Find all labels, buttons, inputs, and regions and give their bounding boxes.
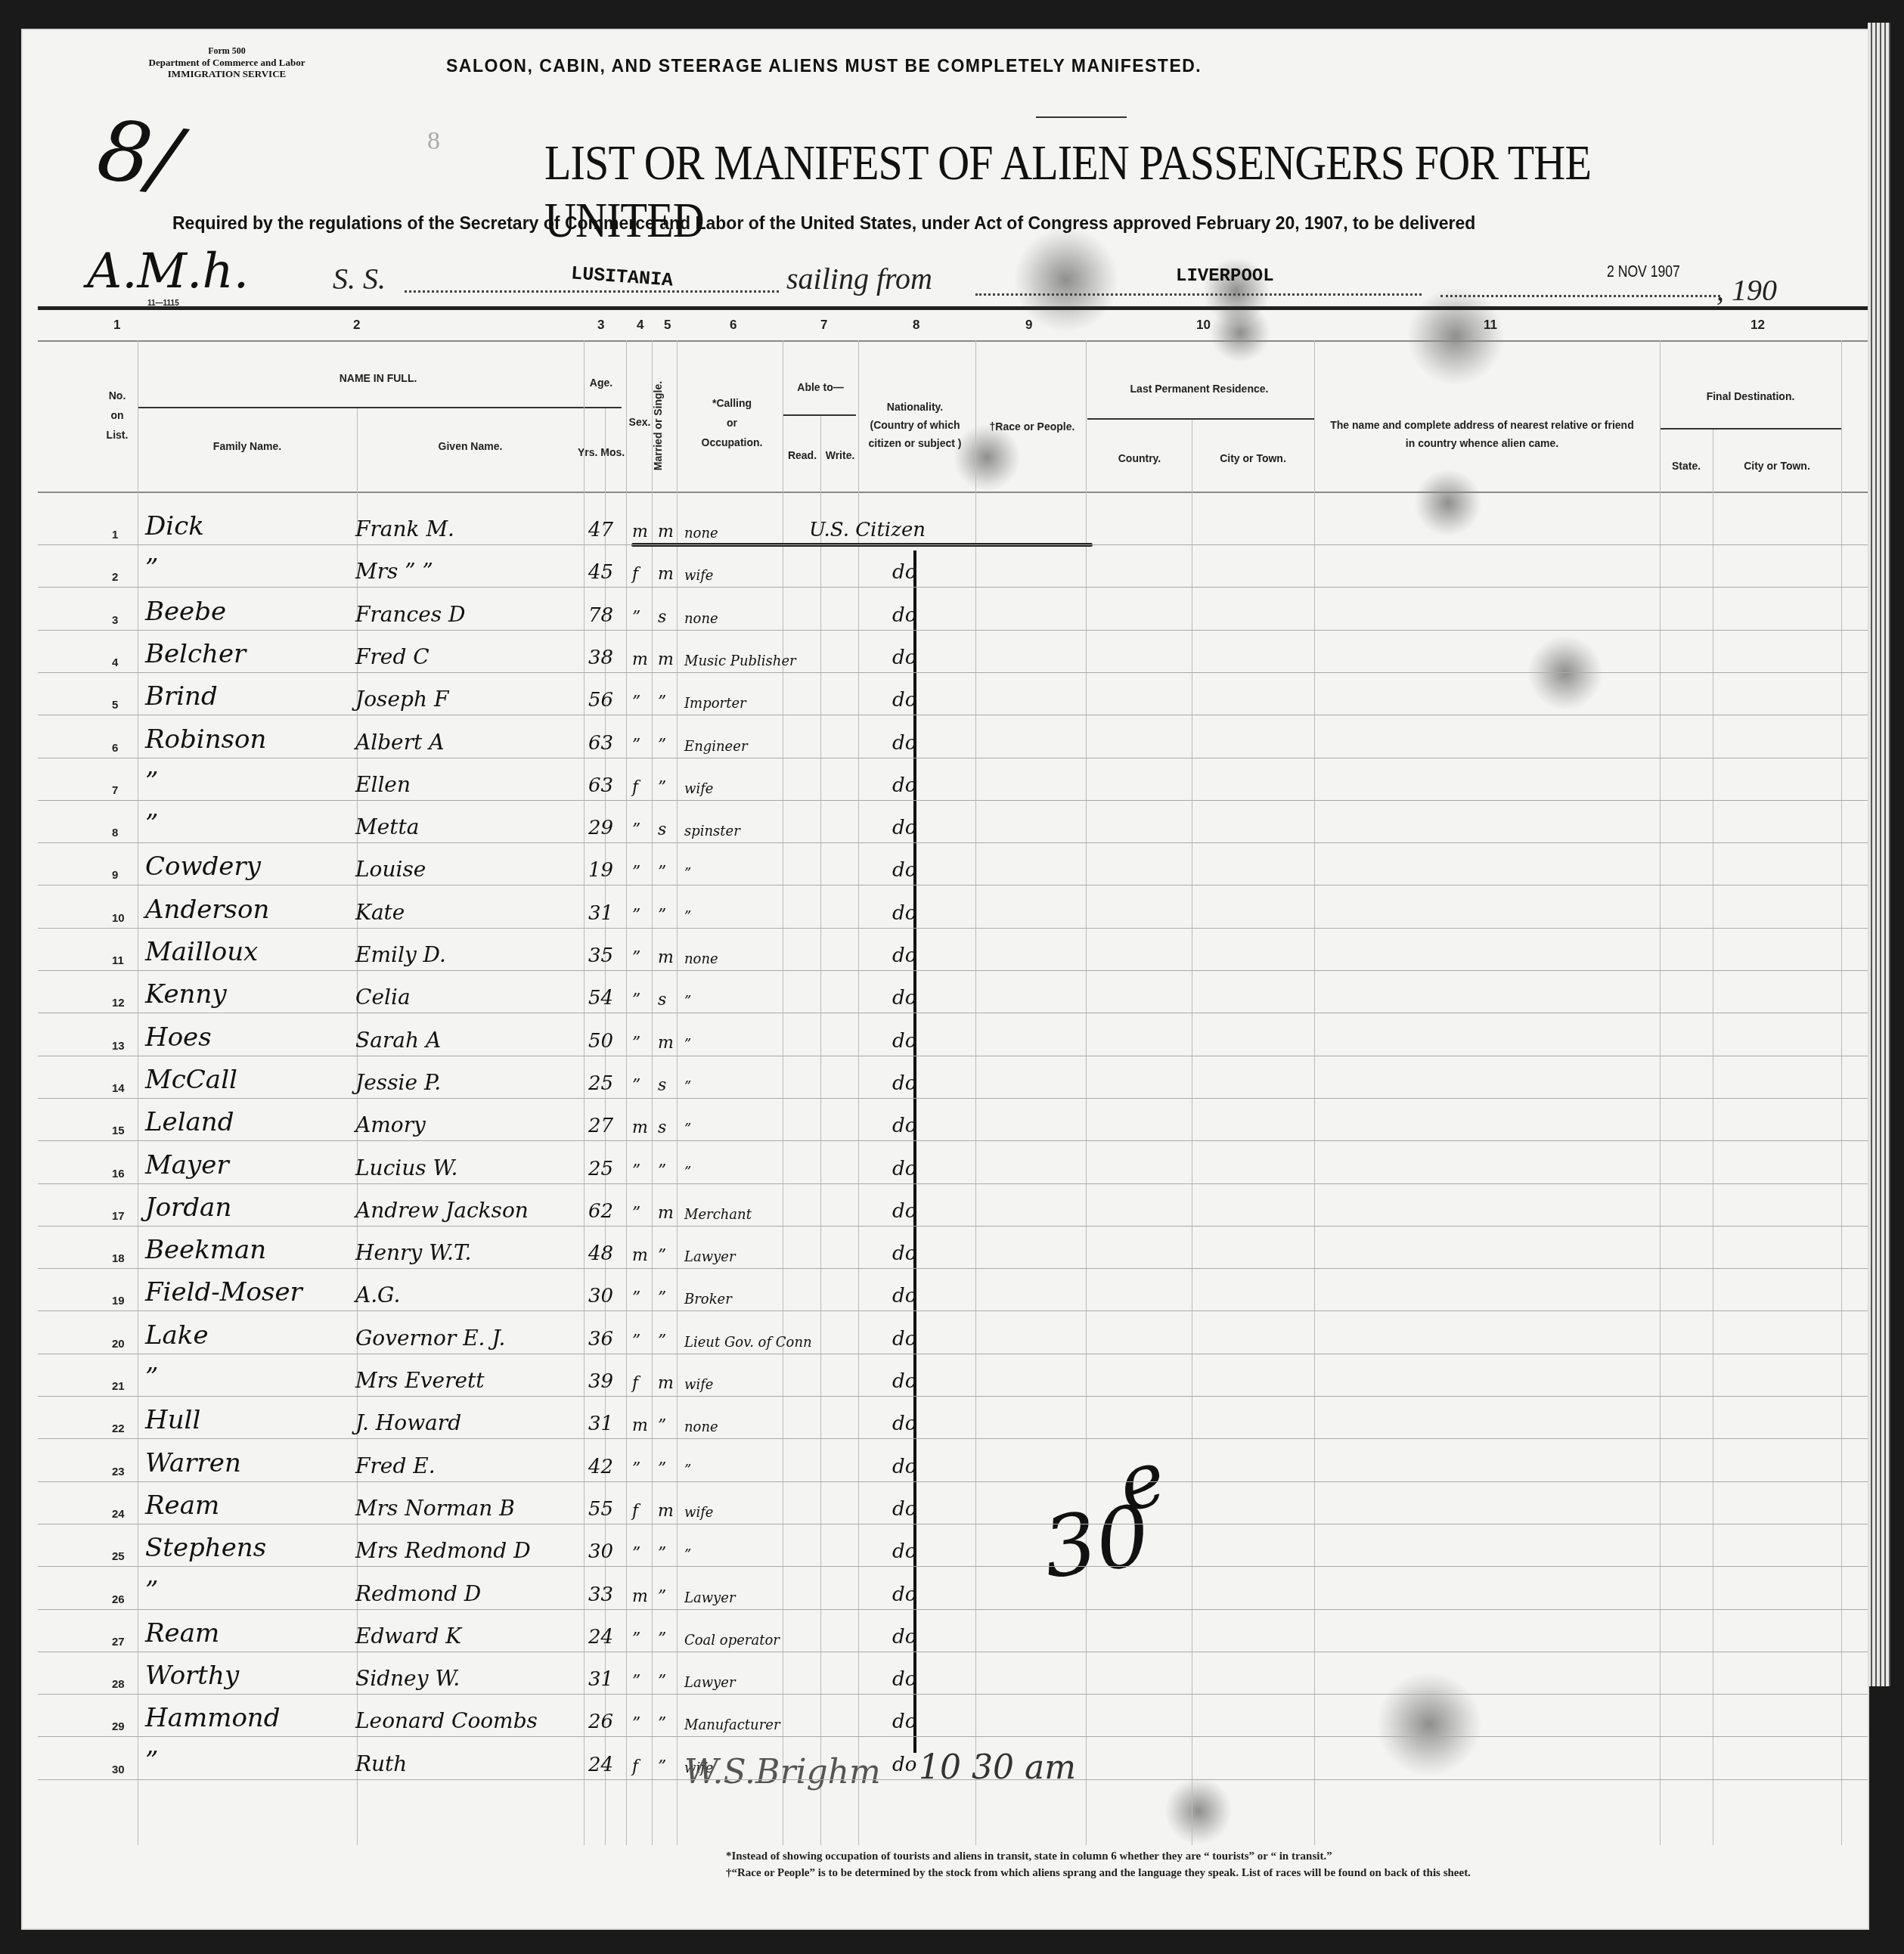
row-number: 22 (112, 1422, 125, 1435)
table-row: 8 ” Metta 29 ” s spinster do (83, 802, 1822, 844)
occupation: ” (684, 1121, 691, 1137)
family-name: Hoes (145, 1022, 212, 1053)
sex: m (632, 523, 648, 541)
header-rule (38, 306, 1868, 310)
row-number: 19 (112, 1295, 125, 1307)
age: 45 (588, 561, 613, 584)
sex: m (632, 1246, 648, 1265)
hdr-no: No. (98, 386, 136, 405)
occupation: wife (684, 1377, 713, 1393)
table-row: 6 Robinson Albert A 63 ” ” Engineer do (83, 717, 1822, 759)
row-rule (38, 1481, 1868, 1482)
stain (1210, 302, 1270, 363)
marital-status: ” (658, 1416, 666, 1435)
marital-status: m (658, 523, 674, 541)
col-num-8: 8 (913, 318, 919, 333)
sex: ” (632, 1630, 640, 1648)
marital-status: ” (658, 1544, 666, 1563)
manifest-banner: SALOON, CABIN, AND STEERAGE ALIENS MUST … (446, 56, 1202, 76)
hdr-country-of-which: (Country of which (858, 416, 972, 434)
sailing-label: sailing from (786, 261, 932, 296)
row-rule (38, 1354, 1868, 1354)
age: 19 (588, 859, 613, 882)
given-name: Mrs Everett (355, 1368, 485, 1393)
col-write: Write. (821, 449, 859, 461)
hdr-on: on (98, 405, 136, 425)
col-name-in-full: NAME IN FULL. (136, 372, 620, 384)
marital-status: m (658, 948, 674, 967)
name-rule (138, 407, 622, 408)
age: 31 (588, 902, 613, 925)
occupation: Importer (684, 696, 746, 712)
row-rule (38, 1310, 1868, 1311)
occupation: ” (684, 1079, 691, 1095)
occupation: ” (684, 994, 691, 1010)
row-number: 11 (112, 954, 124, 967)
given-name: A.G. (355, 1283, 400, 1307)
port-name: LIVERPOOL (1176, 266, 1274, 287)
nationality: do (892, 1158, 916, 1180)
age: 56 (588, 689, 613, 712)
marital-status: ” (658, 863, 666, 882)
family-name: Field-Moser (145, 1277, 302, 1307)
marital-status: ” (658, 693, 666, 712)
colnum-rule (38, 340, 1868, 342)
nationality: do (892, 1583, 916, 1606)
given-name: Henry W.T. (355, 1240, 471, 1265)
row-rule (38, 1438, 1868, 1439)
family-name: Worthy (145, 1661, 239, 1691)
row-number: 17 (112, 1210, 125, 1223)
col-num-7: 7 (820, 318, 827, 333)
col-family-name: Family Name. (138, 440, 357, 452)
marital-status: s (658, 1076, 666, 1095)
marital-status: ” (658, 736, 666, 755)
family-name: Robinson (145, 724, 266, 755)
marital-status: ” (658, 1714, 666, 1733)
given-name: Mrs ” ” (355, 559, 433, 584)
family-name: ” (145, 1746, 158, 1776)
form-identifier: Form 500 Department of Commerce and Labo… (113, 45, 340, 79)
row-number: 26 (112, 1593, 125, 1606)
age: 63 (588, 774, 613, 797)
row-rule (38, 544, 1868, 545)
col-num-3: 3 (597, 318, 604, 333)
table-row: 15 Leland Amory 27 m s ” do (83, 1100, 1822, 1142)
occupation: Engineer (684, 739, 748, 755)
table-row: 7 ” Ellen 63 f ” wife do (83, 759, 1822, 802)
service: IMMIGRATION SERVICE (113, 68, 340, 79)
nationality: do (892, 1030, 916, 1053)
occupation: none (684, 611, 718, 627)
family-name: Jordan (145, 1193, 231, 1223)
occupation: ” (684, 1165, 691, 1180)
table-row: 17 Jordan Andrew Jackson 62 ” m Merchant… (83, 1185, 1822, 1227)
row-number: 1 (112, 529, 118, 541)
inspector-signature: W.S.Brighm (684, 1753, 881, 1791)
age: 31 (588, 1668, 613, 1691)
row-number: 16 (112, 1168, 125, 1180)
marital-status: ” (658, 906, 666, 925)
residence-rule (1087, 418, 1314, 420)
age: 54 (588, 987, 613, 1010)
given-name: Albert A (355, 730, 444, 755)
age: 39 (588, 1370, 613, 1393)
given-name: Edward K (355, 1624, 461, 1648)
family-name: Belcher (145, 639, 246, 669)
family-name: Beebe (145, 597, 226, 627)
occupation: Music Publisher (684, 653, 796, 669)
row-number: 21 (112, 1380, 125, 1393)
col-read: Read. (783, 449, 821, 461)
family-name: Dick (145, 511, 204, 541)
table-row: 22 Hull J. Howard 31 m ” none do (83, 1397, 1822, 1440)
row-number: 12 (112, 997, 125, 1010)
sex: ” (632, 863, 640, 882)
marital-status: ” (658, 1587, 666, 1606)
nationality: do (892, 859, 916, 882)
given-name: Kate (355, 900, 405, 925)
nationality: U.S. Citizen (809, 519, 926, 541)
age: 63 (588, 732, 613, 755)
marital-status: m (658, 1502, 674, 1521)
sex: ” (632, 906, 640, 925)
nationality: do (892, 1413, 916, 1435)
family-name: Anderson (145, 895, 269, 925)
col-race: †Race or People. (975, 420, 1089, 433)
occupation: ” (684, 1037, 691, 1053)
row-rule (38, 1524, 1868, 1524)
sex: ” (632, 948, 640, 967)
row-rule (38, 672, 1868, 673)
hdr-citizen: citizen or subject ) (858, 434, 972, 452)
marital-status: s (658, 820, 666, 839)
date-stamp: 2 NOV 1907 (1607, 262, 1680, 281)
age: 50 (588, 1030, 613, 1053)
port-field-line (975, 293, 1422, 296)
col-no-on-list: No. on List. (98, 386, 136, 445)
table-row: 27 Ream Edward K 24 ” ” Coal operator do (83, 1611, 1822, 1653)
family-name: Cowdery (145, 851, 261, 882)
sex: m (632, 1416, 648, 1435)
age: 33 (588, 1583, 613, 1606)
family-name: Hammond (145, 1703, 281, 1733)
col-city-town: City or Town. (1192, 452, 1314, 464)
marital-status: m (658, 1034, 674, 1053)
row-rule (38, 758, 1868, 758)
family-name: ” (145, 809, 158, 839)
nationality: do (892, 1540, 916, 1563)
table-row: 20 Lake Governor E. J. 36 ” ” Lieut Gov.… (83, 1313, 1822, 1355)
age: 30 (588, 1285, 613, 1307)
table-row: 25 Stephens Mrs Redmond D 30 ” ” ” do (83, 1525, 1822, 1568)
sex: ” (632, 1162, 640, 1180)
footnote-race: †“Race or People” is to be determined by… (726, 1865, 1471, 1881)
stain (1164, 1777, 1233, 1845)
page-subtitle: Required by the regulations of the Secre… (172, 213, 1475, 234)
marital-status: m (658, 1204, 674, 1223)
row-number: 10 (112, 912, 125, 925)
table-row: 26 ” Redmond D 33 m ” Lawyer do (83, 1568, 1822, 1611)
given-name: Leonard Coombs (355, 1708, 538, 1733)
col-num-11: 11 (1484, 318, 1497, 333)
col-married-single: Married or Single. (652, 373, 664, 479)
row-rule (38, 587, 1868, 588)
given-name: Lucius W. (355, 1155, 457, 1180)
page-mark: 8 (427, 127, 440, 156)
row-number: 6 (112, 742, 118, 755)
nationality: do (892, 1242, 916, 1265)
col-calling: *Calling or Occupation. (679, 393, 785, 452)
table-row: 13 Hoes Sarah A 50 ” m ” do (83, 1015, 1822, 1057)
given-name: Amory (355, 1112, 426, 1137)
col-country: Country. (1087, 452, 1192, 464)
col-num-4: 4 (637, 318, 643, 333)
age: 62 (588, 1200, 613, 1223)
marital-status: ” (658, 1162, 666, 1180)
nationality: do (892, 1072, 916, 1095)
sex: ” (632, 991, 640, 1010)
table-row: 16 Mayer Lucius W. 25 ” ” ” do (83, 1143, 1822, 1185)
occupation: wife (684, 781, 713, 797)
row-rule (38, 1566, 1868, 1567)
row-rule (38, 1098, 1868, 1099)
sex: m (632, 1587, 648, 1606)
row-number: 7 (112, 784, 118, 797)
marital-status: ” (658, 1757, 666, 1776)
col-num-10: 10 (1196, 318, 1211, 333)
col-last-residence: Last Permanent Residence. (1086, 383, 1313, 395)
row-number: 9 (112, 869, 118, 882)
row-rule (38, 885, 1868, 886)
footnotes: *Instead of showing occupation of touris… (726, 1848, 1471, 1881)
given-name: Andrew Jackson (355, 1198, 529, 1223)
occupation: spinster (684, 823, 740, 839)
age: 55 (588, 1498, 613, 1521)
occupation: ” (684, 1462, 691, 1478)
marital-status: ” (658, 1672, 666, 1691)
hdr-or: or (679, 413, 785, 433)
family-name: Kenny (145, 979, 227, 1010)
page-stack-edge (1868, 23, 1890, 1686)
family-name: Brind (145, 681, 218, 712)
sex: ” (632, 1672, 640, 1691)
table-row: 2 ” Mrs ” ” 45 f m wife do (83, 546, 1822, 588)
sex: ” (632, 1714, 640, 1733)
nationality: do (892, 1498, 916, 1521)
family-name: Hull (145, 1405, 200, 1435)
family-name: Beekman (145, 1235, 266, 1265)
age: 36 (588, 1328, 613, 1351)
stain (1406, 287, 1505, 386)
sex: f (632, 1502, 638, 1521)
sex: ” (632, 1034, 640, 1053)
table-row: 18 Beekman Henry W.T. 48 m ” Lawyer do (83, 1227, 1822, 1270)
nationality: do (892, 647, 916, 669)
nationality: do (892, 1626, 916, 1648)
sex: f (632, 565, 638, 584)
row-rule (38, 928, 1868, 929)
col-given-name: Given Name. (357, 440, 584, 452)
given-name: Metta (355, 814, 419, 839)
given-name: Governor E. J. (355, 1326, 505, 1351)
given-name: Mrs Norman B (355, 1496, 515, 1521)
marital-status: m (658, 565, 674, 584)
row-rule (38, 1609, 1868, 1610)
col-num-9: 9 (1025, 318, 1032, 333)
row-number: 24 (112, 1508, 125, 1521)
col-age: Age. (575, 377, 628, 389)
row-number: 2 (112, 571, 118, 584)
occupation: Lawyer (684, 1675, 736, 1691)
family-name: Mailloux (145, 937, 258, 967)
row-rule (38, 1779, 1868, 1780)
table-row: 11 Mailloux Emily D. 35 ” m none do (83, 929, 1822, 972)
age: 25 (588, 1158, 613, 1180)
hdr-occupation: Occupation. (679, 433, 785, 452)
occupation: none (684, 526, 718, 541)
banner-rule (1036, 116, 1127, 118)
marital-status: s (658, 991, 666, 1010)
given-name: J. Howard (355, 1410, 461, 1435)
given-name: Ruth (355, 1751, 407, 1776)
hdr-relative-2: in country whence alien came. (1316, 434, 1648, 452)
family-name: Ream (145, 1618, 219, 1648)
col-relative: The name and complete address of nearest… (1316, 416, 1648, 452)
given-name: Fred C (355, 644, 429, 669)
col-city-town-dest: City or Town. (1713, 460, 1841, 472)
sex: f (632, 1757, 638, 1776)
age: 31 (588, 1413, 613, 1435)
age: 42 (588, 1456, 613, 1478)
row-number: 25 (112, 1550, 125, 1563)
nationality: do (892, 817, 916, 839)
row-number: 13 (112, 1040, 125, 1053)
row-number: 14 (112, 1082, 125, 1095)
row-rule (38, 1268, 1868, 1269)
date-field-line (1440, 295, 1720, 297)
col-yrs-mos: Yrs. Mos. (575, 446, 628, 458)
table-row: 5 Brind Joseph F 56 ” ” Importer do (83, 674, 1822, 716)
age: 30 (588, 1540, 613, 1563)
marital-status: s (658, 1118, 666, 1137)
nationality: do (892, 1370, 916, 1393)
family-name: Mayer (145, 1150, 229, 1180)
col-num-2: 2 (353, 318, 360, 333)
nationality: do (892, 689, 916, 712)
row-rule (38, 1396, 1868, 1397)
marital-status: s (658, 608, 666, 627)
occupation: Manufacturer (684, 1717, 780, 1733)
sex: ” (632, 1459, 640, 1478)
nationality: do (892, 1456, 916, 1478)
marital-status: ” (658, 1246, 666, 1265)
family-name: ” (145, 1363, 158, 1393)
table-row: 3 Beebe Frances D 78 ” s none do (83, 589, 1822, 631)
col-nationality: Nationality. (Country of which citizen o… (858, 398, 972, 452)
given-name: Fred E. (355, 1453, 436, 1478)
row-rule (38, 1226, 1868, 1227)
given-name: Ellen (355, 772, 411, 797)
age: 24 (588, 1754, 613, 1776)
row-rule (38, 715, 1868, 715)
marital-status: ” (658, 778, 666, 797)
given-name: Louise (355, 857, 426, 882)
nationality: do (892, 1115, 916, 1137)
ss-label: S. S. (333, 261, 386, 296)
row-number: 27 (112, 1636, 125, 1648)
occupation: Broker (684, 1292, 732, 1307)
nationality: do (892, 732, 916, 755)
marital-status: ” (658, 1459, 666, 1478)
nationality: do (892, 1668, 916, 1691)
table-row: 19 Field-Moser A.G. 30 ” ” Broker do (83, 1270, 1822, 1312)
table-row: 1 Dick Frank M. 47 m m none U.S. Citizen (83, 504, 1822, 546)
given-name: Redmond D (355, 1581, 481, 1606)
table-row: 4 Belcher Fred C 38 m m Music Publisher … (83, 631, 1822, 674)
row-rule (38, 842, 1868, 843)
family-name: Warren (145, 1448, 241, 1478)
row-rule (38, 1652, 1868, 1652)
col-num-1: 1 (113, 318, 120, 333)
age: 25 (588, 1072, 613, 1095)
row-number: 23 (112, 1465, 125, 1478)
occupation: wife (684, 568, 713, 584)
table-row: 9 Cowdery Louise 19 ” ” ” do (83, 844, 1822, 886)
nationality: do (892, 774, 916, 797)
nationality: do (892, 1200, 916, 1223)
occupation: Lawyer (684, 1249, 736, 1265)
row-number: 30 (112, 1763, 125, 1776)
row-rule (38, 630, 1868, 631)
age: 29 (588, 817, 613, 839)
family-name: Leland (145, 1107, 234, 1137)
sex: ” (632, 608, 640, 627)
table-row: 28 Worthy Sidney W. 31 ” ” Lawyer do (83, 1653, 1822, 1695)
occupation: none (684, 1419, 718, 1435)
given-name: Frances D (355, 602, 466, 627)
row-number: 5 (112, 699, 118, 712)
row-number: 18 (112, 1252, 125, 1265)
table-row: 29 Hammond Leonard Coombs 26 ” ” Manufac… (83, 1695, 1822, 1738)
ship-field-line (405, 290, 779, 293)
occupation: ” (684, 1547, 691, 1563)
sex: m (632, 650, 648, 669)
marital-status: ” (658, 1332, 666, 1351)
nationality: do (892, 1285, 916, 1307)
row-rule (38, 1694, 1868, 1695)
row-number: 15 (112, 1124, 125, 1137)
occupation: Merchant (684, 1207, 752, 1223)
occupation: Lawyer (684, 1590, 736, 1606)
sex: m (632, 1118, 648, 1137)
occupation: ” (684, 866, 691, 882)
given-name: Joseph F (355, 687, 448, 712)
row-number: 4 (112, 656, 118, 669)
table-row: 10 Anderson Kate 31 ” ” ” do (83, 887, 1822, 929)
occupation: Lieut Gov. of Conn (684, 1335, 812, 1351)
nationality: do (892, 902, 916, 925)
sex: ” (632, 1332, 640, 1351)
row-rule (38, 800, 1868, 801)
given-name: Jessie P. (355, 1070, 441, 1095)
hdr-calling: *Calling (679, 393, 785, 413)
row-number: 29 (112, 1720, 125, 1733)
header-bottom-rule (38, 492, 1868, 493)
col-able-to: Able to— (783, 381, 858, 393)
nationality: do (892, 1328, 916, 1351)
family-name: ” (145, 554, 158, 584)
